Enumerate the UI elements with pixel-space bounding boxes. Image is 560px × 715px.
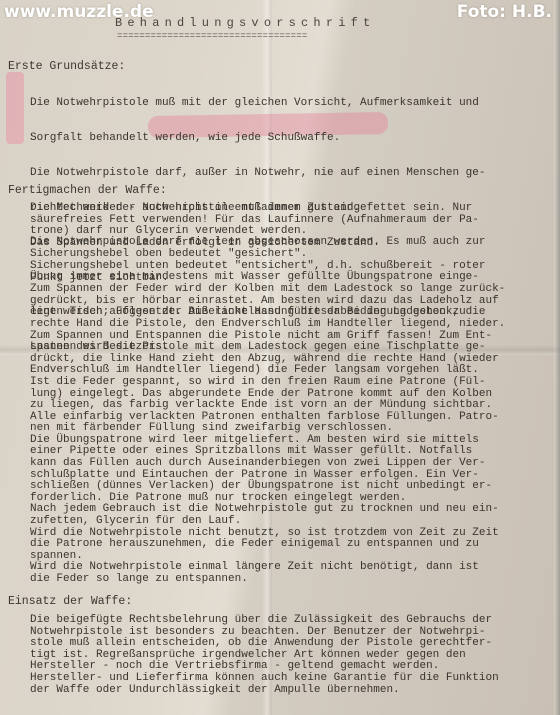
text-line: Ist die Feder gespannt, so wird in den f… (30, 377, 550, 389)
section-body-fertigmachen: Die Mechanik der Notwehrpistole muß imme… (30, 203, 550, 586)
text-line: die Patrone herauszunehmen, die Feder ei… (30, 539, 550, 551)
text-line: Zum Spannen der Feder wird der Kolben mi… (30, 284, 550, 296)
text-line: Hersteller- und Lieferfirma können auch … (30, 673, 550, 685)
text-line: spannen wird die Pistole mit dem Ladesto… (30, 342, 550, 354)
text-line: die Feder so lange zu entspannen. (30, 574, 550, 586)
document-title: Behandlungsvorschrift (115, 16, 375, 30)
paper-edge (554, 0, 560, 715)
text-line: Die Mechanik der Notwehrpistole muß imme… (30, 203, 550, 215)
text-line: Sorgfalt behandelt werden, wie jede Schu… (30, 133, 550, 145)
text-line: kann das Füllen auch durch Auseinanderbi… (30, 458, 550, 470)
text-line: Die Notwehrpistole darf, außer in Notweh… (30, 168, 550, 180)
margin-highlight-mark (6, 72, 24, 144)
section-heading-fertigmachen: Fertigmachen der Waffe: (8, 184, 167, 197)
text-line: Die beigefügte Rechtsbelehrung über die … (30, 615, 550, 627)
watermark-credit: Foto: H.B. (457, 2, 552, 22)
text-line: der Waffe oder Undurchlässigkeit der Amp… (30, 685, 550, 697)
section-body-einsatz: Die beigefügte Rechtsbelehrung über die … (30, 615, 550, 696)
text-line: rechte Hand die Pistole, den Endverschlu… (30, 319, 550, 331)
text-line: zu liegen, das farbig verlackte Ende ist… (30, 400, 550, 412)
text-line: Die Notwehrpistole muß mit der gleichen … (30, 98, 550, 110)
text-line: zufetten, Glycerin für den Lauf. (30, 516, 550, 528)
text-line: Sicherungshebel unten bedeutet "entsiche… (30, 261, 550, 273)
section-heading-grundsaetze: Erste Grundsätze: (8, 60, 125, 73)
section-heading-einsatz: Einsatz der Waffe: (8, 595, 132, 608)
title-underline-rule: ================================== (117, 31, 307, 41)
